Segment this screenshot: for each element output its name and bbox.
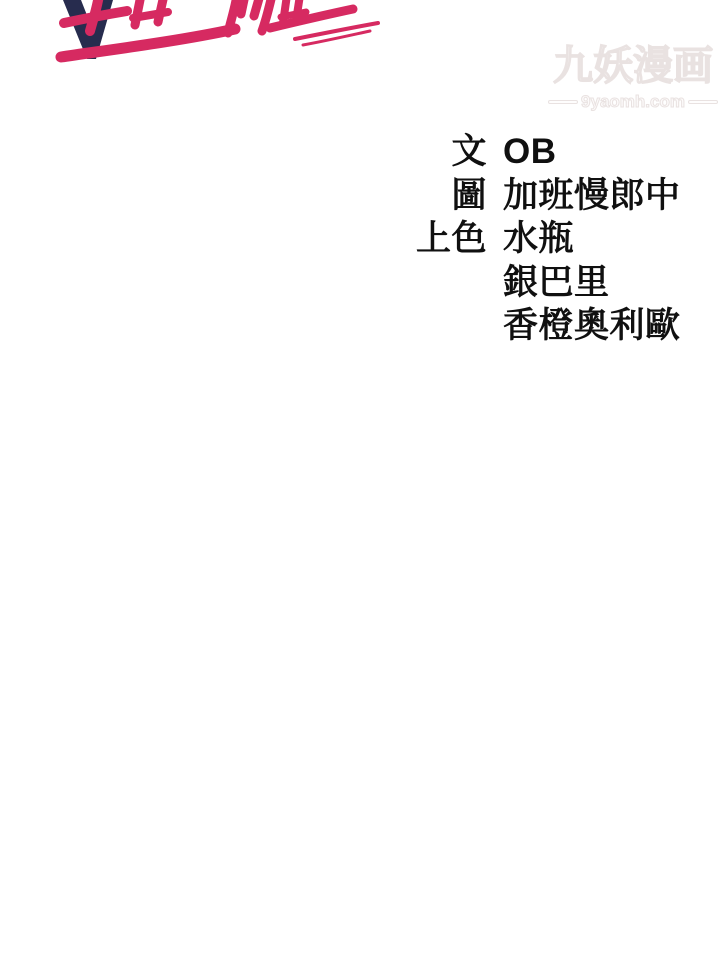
watermark-divider-line [548,100,578,104]
credit-role-label: 圖 [300,174,487,218]
series-logo-art [55,0,405,68]
credit-person-name: OB [503,130,557,174]
credit-row: 銀巴里 [300,261,681,305]
comic-credits-page: 九妖漫画 9yaomh.com 文 OB 圖 加班慢郎中 上色 水瓶 銀巴里 香… [0,0,720,962]
credit-row: 香橙奧利歐 [300,304,681,348]
series-logo [55,0,405,68]
credit-row: 上色 水瓶 [300,217,681,261]
credit-role-label [300,261,487,305]
credit-role-label: 上色 [300,217,487,261]
credit-person-name: 水瓶 [503,217,574,261]
logo-brush-diagonal-stroke [241,0,245,14]
credit-role-label [300,304,487,348]
credit-person-name: 加班慢郎中 [503,174,681,218]
credit-role-label: 文 [300,130,487,174]
watermark-site-name: 九妖漫画 [548,44,718,88]
credit-person-name: 銀巴里 [503,261,610,305]
watermark-domain-row: 9yaomh.com [548,93,718,110]
logo-swoosh-line [303,31,370,45]
watermark-divider-line [688,100,718,104]
credits-block: 文 OB 圖 加班慢郎中 上色 水瓶 銀巴里 香橙奧利歐 [300,130,681,348]
site-watermark: 九妖漫画 9yaomh.com [548,44,718,110]
watermark-domain-text: 9yaomh.com [581,93,685,110]
credit-row: 圖 加班慢郎中 [300,174,681,218]
credit-person-name: 香橙奧利歐 [503,304,681,348]
credit-row: 文 OB [300,130,681,174]
logo-brush-diagonal-stroke [254,0,260,16]
